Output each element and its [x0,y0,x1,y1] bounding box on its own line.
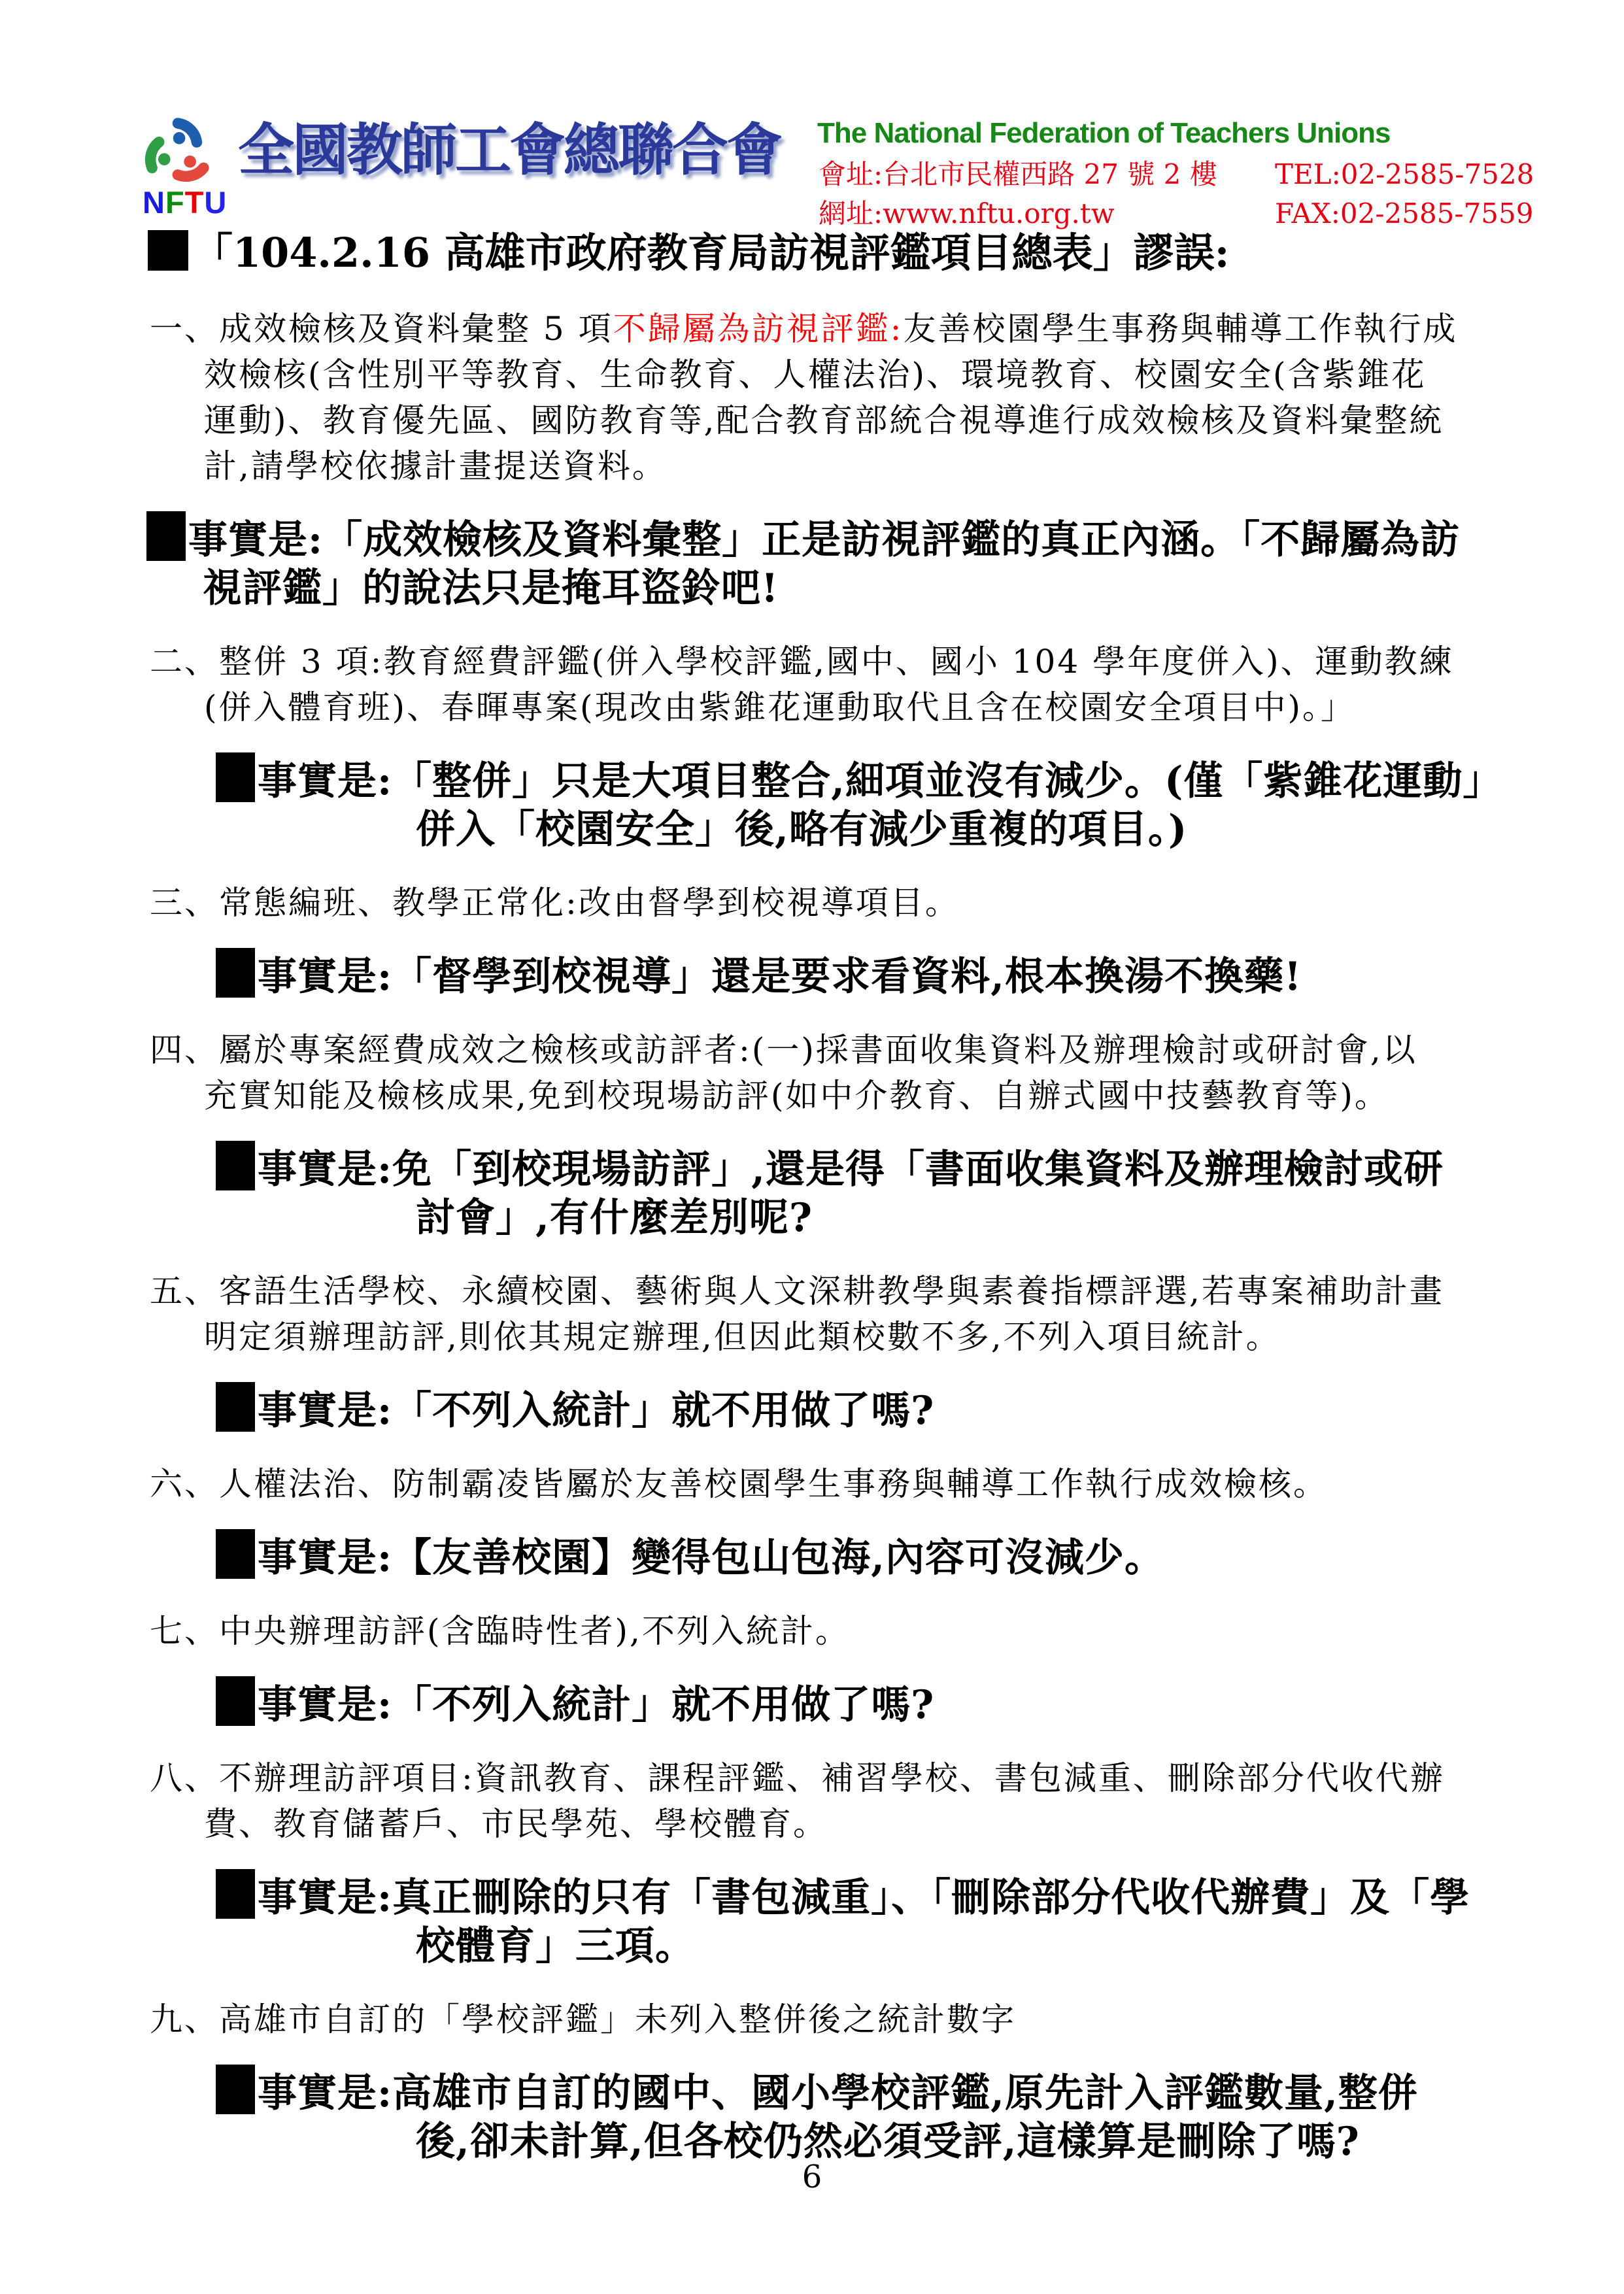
claim-line: 計,請學校依據計畫提送資料。 [0,443,1624,489]
black-square-bullet [216,2065,255,2114]
black-square-bullet [148,230,188,271]
claim-number: 一、 [150,310,219,348]
fact-text: 事實是:「整併」只是大項目整合,細項並沒有減少。(僅「紫錐花運動」 [258,758,1502,804]
fact-text: 事實是:真正刪除的只有「書包減重」、「刪除部分代收代辦費」及「學 [258,1875,1470,1921]
claim-number: 七、 [150,1612,219,1650]
claim-text: 中央辦理訪評(含臨時性者),不列入統計。 [219,1612,850,1650]
fact-text: 事實是:【友善校園】變得包山包海,內容可沒減少。 [258,1535,1164,1581]
fact-statement: 事實是:「不列入統計」就不用做了嗎? [0,1382,1624,1435]
claim-line: 明定須辦理訪評,則依其規定辦理,但因此類校數不多,不列入項目統計。 [0,1314,1624,1360]
fact-line: 事實是:【友善校園】變得包山包海,內容可沒減少。 [0,1529,1624,1582]
claim-paragraph: 九、高雄市自訂的「學校評鑑」未列入整併後之統計數字 [0,1997,1624,2042]
claim-number: 五、 [150,1272,219,1310]
document-body: 一、成效檢核及資料彙整 5 項不歸屬為訪視評鑑:友善校園學生事務與輔導工作執行成… [0,306,1624,2166]
org-website: 網址:www.nftu.org.tw [819,197,1115,229]
claim-line: 七、中央辦理訪評(含臨時性者),不列入統計。 [0,1608,1624,1654]
fact-text: 併入「校園安全」後,略有減少重複的項目。) [416,807,1187,852]
claim-text: 客語生活學校、永續校園、藝術與人文深耕教學與素養指標評選,若專案補助計畫 [219,1272,1444,1310]
claim-line: 六、人權法治、防制霸凌皆屬於友善校園學生事務與輔導工作執行成效檢核。 [0,1461,1624,1507]
fact-line: 校體育」三項。 [0,1922,1624,1970]
black-square-bullet [216,1529,255,1579]
claim-line: 費、教育儲蓄戶、市民學苑、學校體育。 [0,1801,1624,1847]
fact-line: 事實是:「不列入統計」就不用做了嗎? [0,1382,1624,1435]
contact-row-2: 網址:www.nftu.org.tw FAX:02-2585-7559 [819,200,1525,228]
claim-line: 運動)、教育優先區、國防教育等,配合教育部統合視導進行成效檢核及資料彙整統 [0,397,1624,443]
claim-number: 六、 [150,1465,219,1503]
contact-row-1: 會址:台北市民權西路 27 號 2 樓 TEL:02-2585-7528 [819,161,1525,188]
fact-line: 討會」,有什麼差別呢? [0,1194,1624,1242]
nftu-logo-icon [144,112,212,192]
claim-text: 費、教育儲蓄戶、市民學苑、學校體育。 [204,1805,828,1843]
claim-line: 五、客語生活學校、永續校園、藝術與人文深耕教學與素養指標評選,若專案補助計畫 [0,1268,1624,1314]
document-title-text: 「104.2.16 高雄市政府教育局訪視評鑑項目總表」謬誤: [192,229,1229,277]
black-square-bullet [216,948,255,998]
fact-text: 事實是:「不列入統計」就不用做了嗎? [258,1388,934,1434]
claim-text-red: 不歸屬為訪視評鑑: [613,310,904,348]
claim-text: 人權法治、防制霸凌皆屬於友善校園學生事務與輔導工作執行成效檢核。 [219,1465,1328,1503]
fact-statement: 事實是:「督學到校視導」還是要求看資料,根本換湯不換藥! [0,948,1624,1001]
claim-text: 不辦理訪評項目:資訊教育、課程評鑑、補習學校、書包減重、刪除部分代收代辦 [219,1759,1445,1797]
claim-text: 計,請學校依據計畫提送資料。 [204,447,667,485]
nftu-letter: F [165,185,185,220]
page-footer: 6 [0,2161,1624,2193]
claim-paragraph: 八、不辦理訪評項目:資訊教育、課程評鑑、補習學校、書包減重、刪除部分代收代辦費、… [0,1755,1624,1847]
fact-text: 事實是:「成效檢核及資料彙整」正是訪視評鑑的真正內涵。「不歸屬為訪 [188,517,1460,563]
claim-paragraph: 六、人權法治、防制霸凌皆屬於友善校園學生事務與輔導工作執行成效檢核。 [0,1461,1624,1507]
claim-line: (併入體育班)、春暉專案(現改由紫錐花運動取代且含在校園安全項目中)。」 [0,684,1624,730]
document-title: 「104.2.16 高雄市政府教育局訪視評鑑項目總表」謬誤: [148,230,1229,275]
fact-line: 事實是:免「到校現場訪評」,還是得「書面收集資料及辦理檢討或研 [0,1141,1624,1194]
fact-statement: 事實是:免「到校現場訪評」,還是得「書面收集資料及辦理檢討或研討會」,有什麼差別… [0,1141,1624,1242]
fact-text: 後,卻未計算,但各校仍然必須受評,這樣算是刪除了嗎? [416,2119,1360,2165]
claim-text: 充實知能及檢核成果,免到校現場訪評(如中介教育、自辦式國中技藝教育等)。 [204,1077,1389,1115]
fact-text: 事實是:「督學到校視導」還是要求看資料,根本換湯不換藥! [258,954,1302,1000]
black-square-bullet [216,1382,255,1432]
claim-number: 四、 [150,1031,219,1069]
claim-paragraph: 五、客語生活學校、永續校園、藝術與人文深耕教學與素養指標評選,若專案補助計畫明定… [0,1268,1624,1360]
org-name-chinese: 全國教師工會總聯合會 [238,116,781,184]
claim-text: 運動)、教育優先區、國防教育等,配合教育部統合視導進行成效檢核及資料彙整統 [204,401,1444,439]
black-square-bullet [146,511,186,561]
fact-statement: 事實是:高雄市自訂的國中、國小學校評鑑,原先計入評鑑數量,整併後,卻未計算,但各… [0,2065,1624,2166]
nftu-letter: T [185,185,205,220]
claim-text: 友善校園學生事務與輔導工作執行成 [903,310,1457,348]
black-square-bullet [216,752,255,802]
claim-text: 效檢核(含性別平等教育、生命教育、人權法治)、環境教育、校園安全(含紫錐花 [204,356,1427,394]
fact-statement: 事實是:「不列入統計」就不用做了嗎? [0,1676,1624,1729]
fact-text: 事實是:高雄市自訂的國中、國小學校評鑑,原先計入評鑑數量,整併 [258,2070,1418,2116]
nftu-acronym: NFTU [143,187,227,218]
claim-text: 明定須辦理訪評,則依其規定辦理,但因此類校數不多,不列入項目統計。 [204,1318,1281,1356]
claim-paragraph: 一、成效檢核及資料彙整 5 項不歸屬為訪視評鑑:友善校園學生事務與輔導工作執行成… [0,306,1624,489]
black-square-bullet [216,1676,255,1726]
org-fax: FAX:02-2585-7559 [1275,200,1533,228]
claim-number: 八、 [150,1759,219,1797]
fact-line: 視評鑑」的說法只是掩耳盜鈴吧! [0,564,1624,613]
fact-text: 校體育」三項。 [416,1923,695,1969]
claim-paragraph: 三、常態編班、教學正常化:改由督學到校視導項目。 [0,880,1624,926]
page-number: 6 [802,2159,822,2195]
claim-line: 四、屬於專案經費成效之檢核或訪評者:(一)採書面收集資料及辦理檢討或研討會,以 [0,1027,1624,1073]
document-page: NFTU 全國教師工會總聯合會 The National Federation … [0,0,1624,2294]
claim-number: 二、 [150,643,219,681]
fact-line: 事實是:「不列入統計」就不用做了嗎? [0,1676,1624,1729]
claim-line: 充實知能及檢核成果,免到校現場訪評(如中介教育、自辦式國中技藝教育等)。 [0,1073,1624,1119]
claim-paragraph: 七、中央辦理訪評(含臨時性者),不列入統計。 [0,1608,1624,1654]
claim-line: 八、不辦理訪評項目:資訊教育、課程評鑑、補習學校、書包減重、刪除部分代收代辦 [0,1755,1624,1801]
claim-text: 高雄市自訂的「學校評鑑」未列入整併後之統計數字 [219,2000,1016,2038]
black-square-bullet [216,1141,255,1190]
claim-line: 二、整併 3 項:教育經費評鑑(併入學校評鑑,國中、國小 104 學年度併入)、… [0,639,1624,684]
fact-statement: 事實是:【友善校園】變得包山包海,內容可沒減少。 [0,1529,1624,1582]
fact-line: 事實是:高雄市自訂的國中、國小學校評鑑,原先計入評鑑數量,整併 [0,2065,1624,2117]
claim-text: 屬於專案經費成效之檢核或訪評者:(一)採書面收集資料及辦理檢討或研討會,以 [219,1031,1417,1069]
fact-statement: 事實是:「整併」只是大項目整合,細項並沒有減少。(僅「紫錐花運動」併入「校園安全… [0,752,1624,854]
org-name-english: The National Federation of Teachers Unio… [817,119,1390,148]
claim-number: 三、 [150,884,219,922]
claim-paragraph: 二、整併 3 項:教育經費評鑑(併入學校評鑑,國中、國小 104 學年度併入)、… [0,639,1624,730]
fact-line: 併入「校園安全」後,略有減少重複的項目。) [0,805,1624,854]
claim-line: 三、常態編班、教學正常化:改由督學到校視導項目。 [0,880,1624,926]
nftu-letter: U [204,185,227,220]
fact-text: 事實是:免「到校現場訪評」,還是得「書面收集資料及辦理檢討或研 [258,1147,1444,1192]
org-tel: TEL:02-2585-7528 [1275,161,1534,188]
fact-text: 討會」,有什麼差別呢? [416,1195,813,1241]
claim-line: 一、成效檢核及資料彙整 5 項不歸屬為訪視評鑑:友善校園學生事務與輔導工作執行成 [0,306,1624,352]
claim-text: (併入體育班)、春暉專案(現改由紫錐花運動取代且含在校園安全項目中)。」 [204,688,1355,726]
claim-number: 九、 [150,2000,219,2038]
fact-line: 事實是:真正刪除的只有「書包減重」、「刪除部分代收代辦費」及「學 [0,1869,1624,1922]
claim-paragraph: 四、屬於專案經費成效之檢核或訪評者:(一)採書面收集資料及辦理檢討或研討會,以充… [0,1027,1624,1119]
claim-text: 成效檢核及資料彙整 5 項 [219,310,613,348]
fact-statement: 事實是:「成效檢核及資料彙整」正是訪視評鑑的真正內涵。「不歸屬為訪視評鑑」的說法… [0,511,1624,613]
fact-text: 事實是:「不列入統計」就不用做了嗎? [258,1682,934,1728]
fact-line: 事實是:「整併」只是大項目整合,細項並沒有減少。(僅「紫錐花運動」 [0,752,1624,805]
black-square-bullet [216,1869,255,1919]
claim-line: 九、高雄市自訂的「學校評鑑」未列入整併後之統計數字 [0,1997,1624,2042]
fact-statement: 事實是:真正刪除的只有「書包減重」、「刪除部分代收代辦費」及「學校體育」三項。 [0,1869,1624,1970]
org-address: 會址:台北市民權西路 27 號 2 樓 [819,158,1217,190]
claim-line: 效檢核(含性別平等教育、生命教育、人權法治)、環境教育、校園安全(含紫錐花 [0,352,1624,397]
claim-text: 常態編班、教學正常化:改由督學到校視導項目。 [219,884,960,922]
fact-line: 事實是:「督學到校視導」還是要求看資料,根本換湯不換藥! [0,948,1624,1001]
nftu-letter: N [143,185,165,220]
fact-line: 事實是:「成效檢核及資料彙整」正是訪視評鑑的真正內涵。「不歸屬為訪 [0,511,1624,564]
fact-text: 視評鑑」的說法只是掩耳盜鈴吧! [203,565,779,611]
claim-text: 整併 3 項:教育經費評鑑(併入學校評鑑,國中、國小 104 學年度併入)、運動… [219,643,1454,681]
